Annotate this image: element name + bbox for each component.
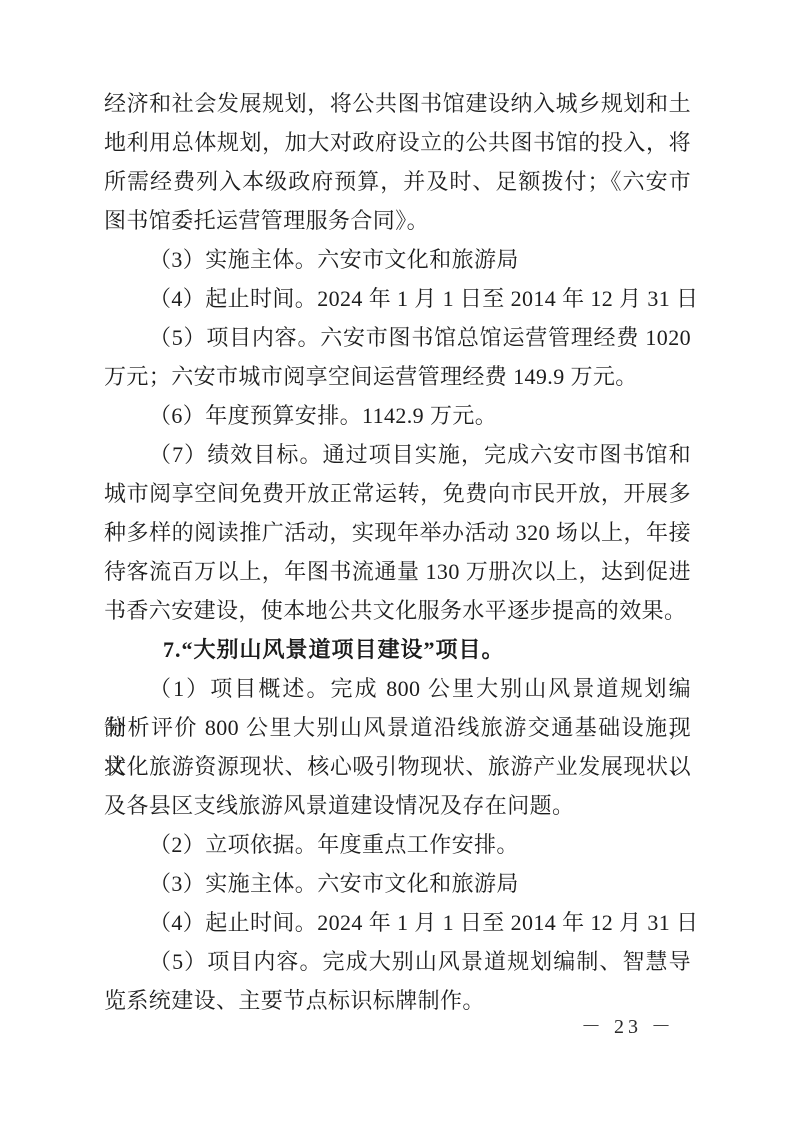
body-text-line: 万元；六安市城市阅享空间运营管理经费 149.9 万元。 bbox=[104, 357, 691, 396]
body-text-line: 种多样的阅读推广活动，实现年举办活动 320 场以上，年接 bbox=[104, 513, 691, 552]
body-text-line: 城市阅享空间免费开放正常运转，免费向市民开放，开展多 bbox=[104, 474, 691, 513]
body-text-line: 文化旅游资源现状、核心吸引物现状、旅游产业发展现状以 bbox=[104, 747, 691, 786]
page-number: － 23 － bbox=[581, 1012, 675, 1042]
list-item-line: （3）实施主体。六安市文化和旅游局 bbox=[104, 864, 691, 903]
body-text-line: 待客流百万以上，年图书流通量 130 万册次以上，达到促进 bbox=[104, 552, 691, 591]
body-text-line: 经济和社会发展规划，将公共图书馆建设纳入城乡规划和土 bbox=[104, 84, 691, 123]
list-item-line: （2）立项依据。年度重点工作安排。 bbox=[104, 825, 691, 864]
body-text-line: 分析评价 800 公里大别山风景道沿线旅游交通基础设施现状、 bbox=[104, 708, 691, 747]
body-text-line: 地利用总体规划，加大对政府设立的公共图书馆的投入，将 bbox=[104, 123, 691, 162]
list-item-line: （4）起止时间。2024 年 1 月 1 日至 2014 年 12 月 31 日 bbox=[104, 903, 691, 942]
section-heading: 7.“大别山风景道项目建设”项目。 bbox=[104, 630, 691, 669]
list-item-line: （6）年度预算安排。1142.9 万元。 bbox=[104, 396, 691, 435]
body-text-line: 所需经费列入本级政府预算，并及时、足额拨付；《六安市 bbox=[104, 162, 691, 201]
body-text-line: 书香六安建设，使本地公共文化服务水平逐步提高的效果。 bbox=[104, 591, 691, 630]
list-item-line: （3）实施主体。六安市文化和旅游局 bbox=[104, 240, 691, 279]
list-item-line: （1）项目概述。完成 800 公里大别山风景道规划编制， bbox=[104, 669, 691, 708]
list-item-line: （5）项目内容。六安市图书馆总馆运营管理经费 1020 bbox=[104, 318, 691, 357]
body-text-line: 图书馆委托运营管理服务合同》。 bbox=[104, 201, 691, 240]
document-page: 经济和社会发展规划，将公共图书馆建设纳入城乡规划和土 地利用总体规划，加大对政府… bbox=[0, 0, 793, 1122]
list-item-line: （7）绩效目标。通过项目实施，完成六安市图书馆和 bbox=[104, 435, 691, 474]
document-body: 经济和社会发展规划，将公共图书馆建设纳入城乡规划和土 地利用总体规划，加大对政府… bbox=[104, 84, 691, 1020]
list-item-line: （4）起止时间。2024 年 1 月 1 日至 2014 年 12 月 31 日 bbox=[104, 279, 691, 318]
body-text-line: 及各县区支线旅游风景道建设情况及存在问题。 bbox=[104, 786, 691, 825]
list-item-line: （5）项目内容。完成大别山风景道规划编制、智慧导 bbox=[104, 942, 691, 981]
